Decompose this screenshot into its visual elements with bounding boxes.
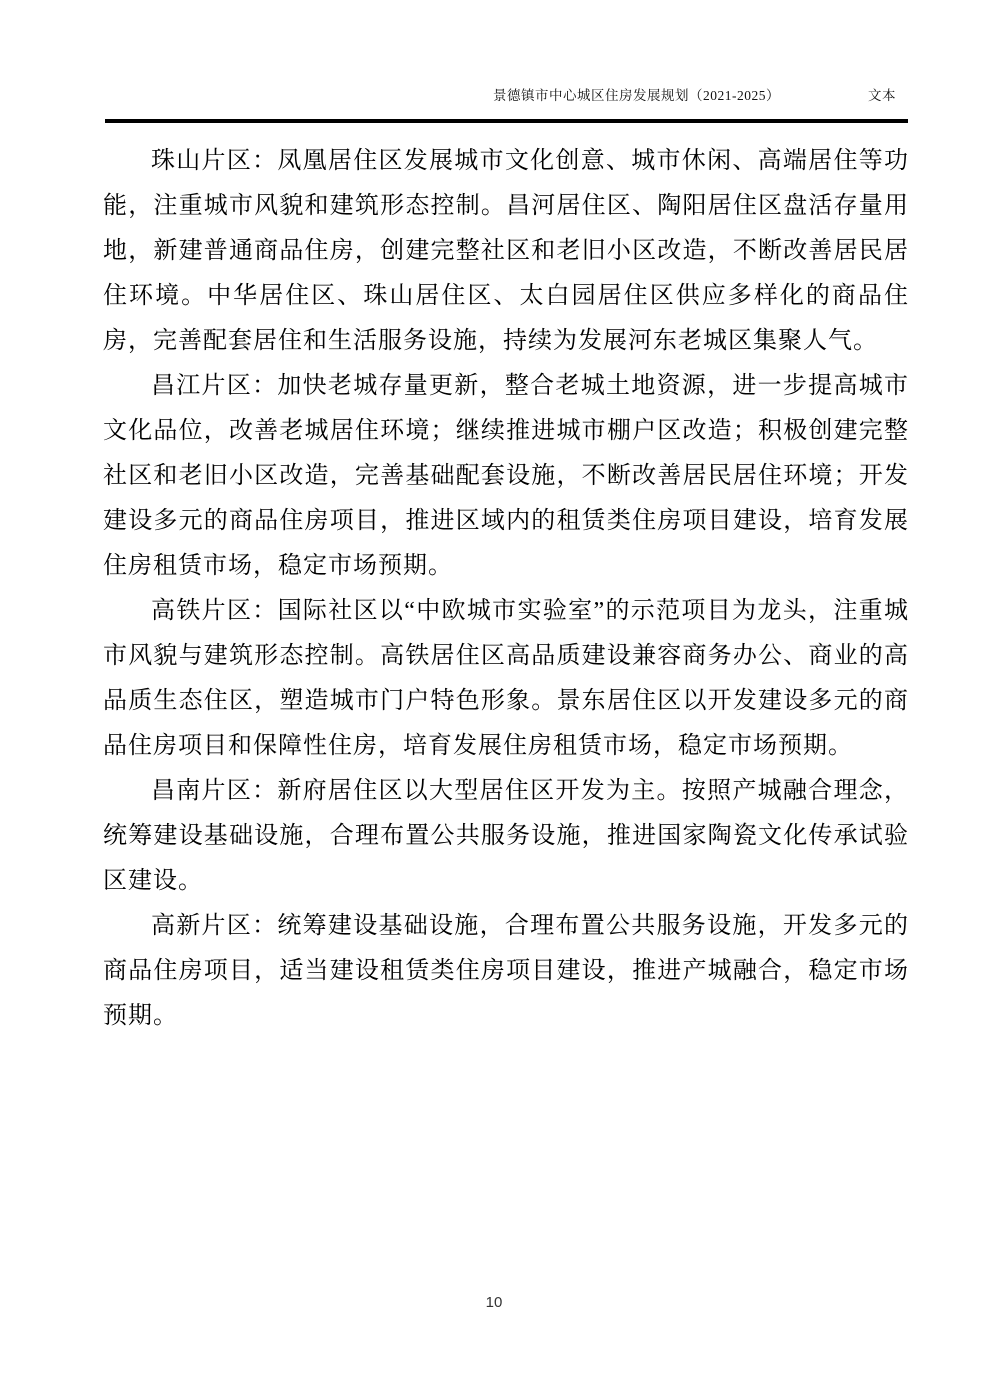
header-divider [105,119,908,123]
paragraph-gaotie-district: 高铁片区：国际社区以“中欧城市实验室”的示范项目为龙头，注重城市风貌与建筑形态控… [103,589,909,769]
page-number: 10 [486,1294,503,1311]
paragraph-gaoxin-district: 高新片区：统筹建设基础设施，合理布置公共服务设施，开发多元的商品住房项目，适当建… [103,904,909,1039]
page-header: 景德镇市中心城区住房发展规划（2021-2025） 文本 [103,84,908,104]
paragraph-changnan-district: 昌南片区：新府居住区以大型居住区开发为主。按照产城融合理念，统筹建设基础设施，合… [103,769,909,904]
header-doc-type-label: 文本 [868,84,896,104]
paragraph-changjiang-district: 昌江片区：加快老城存量更新，整合老城土地资源，进一步提高城市文化品位，改善老城居… [103,364,909,589]
header-title: 景德镇市中心城区住房发展规划（2021-2025） [493,84,780,104]
document-page: 景德镇市中心城区住房发展规划（2021-2025） 文本 珠山片区：凤凰居住区发… [0,0,988,1399]
page-footer: 10 [0,1294,988,1311]
paragraph-zhushan-district: 珠山片区：凤凰居住区发展城市文化创意、城市休闲、高端居住等功能，注重城市风貌和建… [103,139,909,364]
document-body: 珠山片区：凤凰居住区发展城市文化创意、城市休闲、高端居住等功能，注重城市风貌和建… [103,139,909,1039]
